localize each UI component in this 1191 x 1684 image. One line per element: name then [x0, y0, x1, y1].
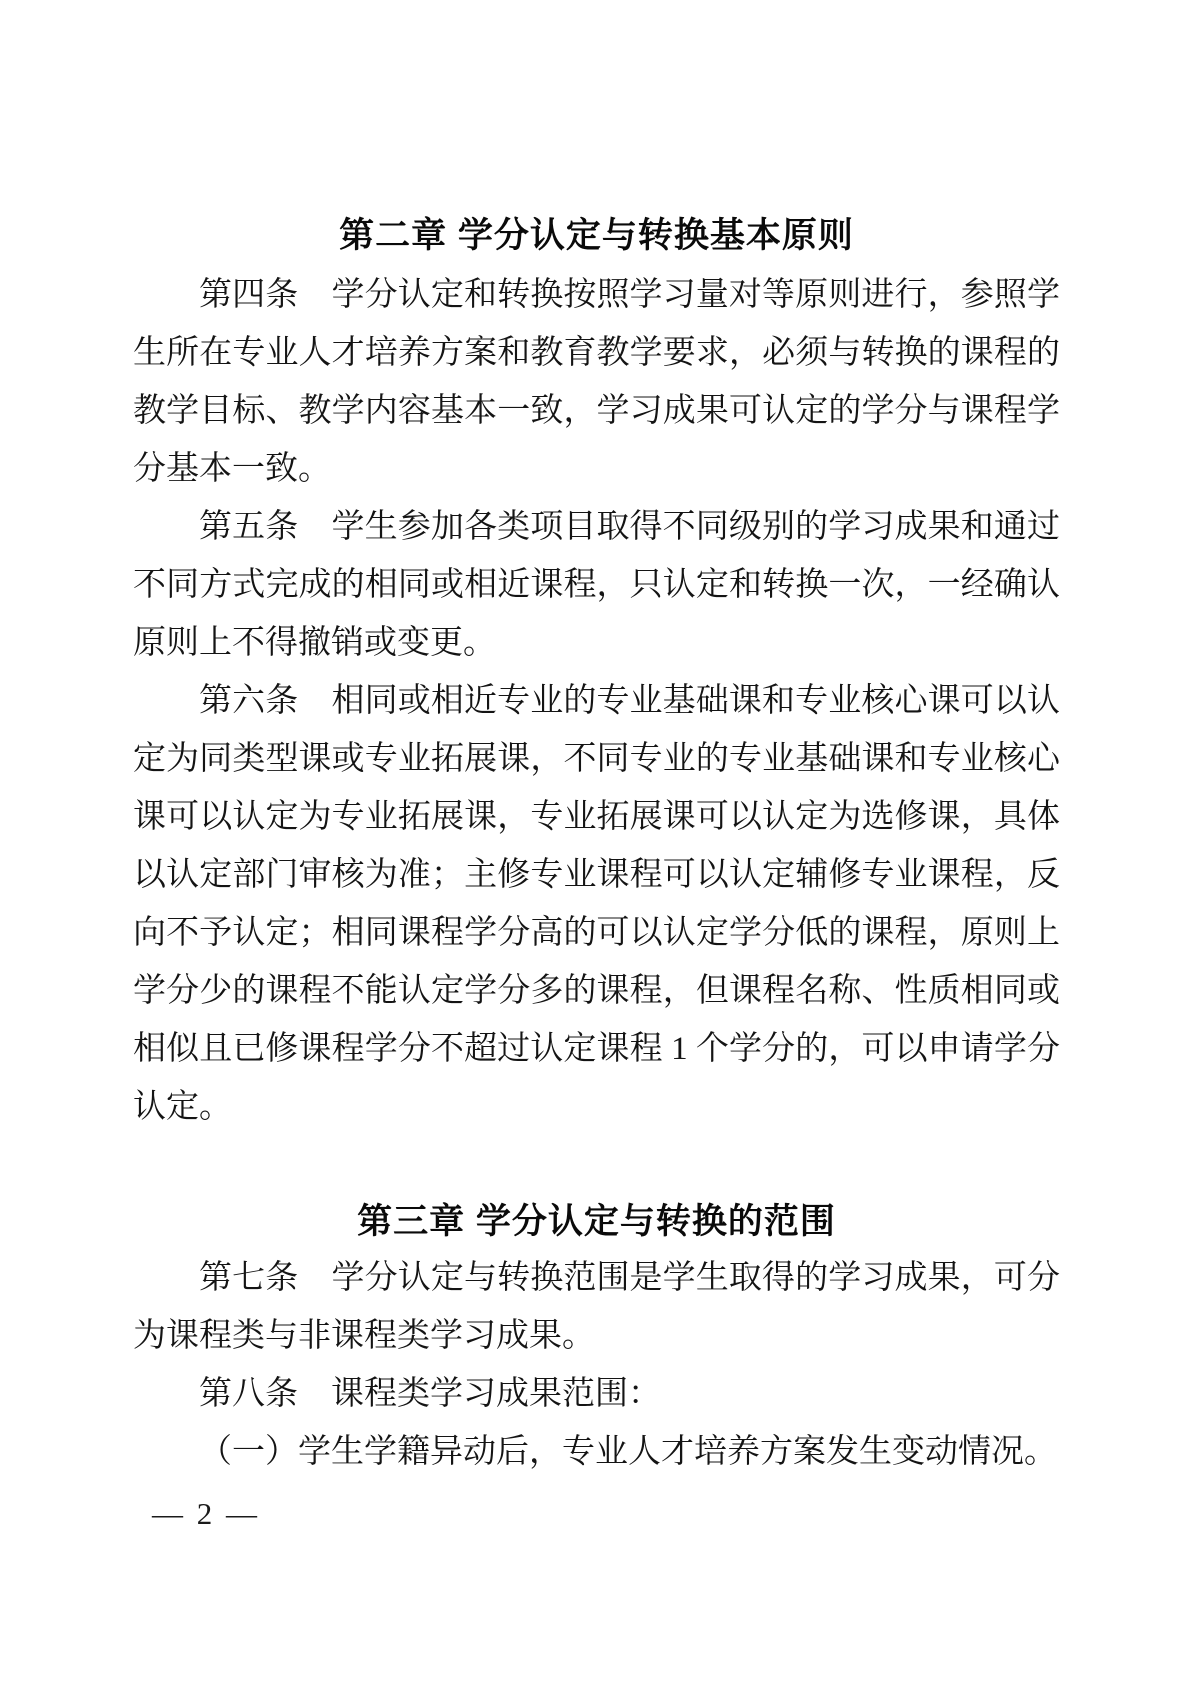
article-7-paragraph: 第七条 学分认定与转换范围是学生取得的学习成果，可分为课程类与非课程类学习成果。	[133, 1249, 1060, 1365]
article-8-paragraph: 第八条 课程类学习成果范围：	[133, 1365, 1060, 1423]
document-page: 第二章 学分认定与转换基本原则 第四条 学分认定和转换按照学习量对等原则进行，参…	[0, 0, 1191, 1684]
chapter-2-heading: 第二章 学分认定与转换基本原则	[133, 214, 1060, 258]
article-5-paragraph: 第五条 学生参加各类项目取得不同级别的学习成果和通过不同方式完成的相同或相近课程…	[133, 498, 1060, 672]
clause-1-paragraph: （一）学生学籍异动后，专业人才培养方案发生变动情况。	[133, 1423, 1060, 1481]
article-6-paragraph: 第六条 相同或相近专业的专业基础课和专业核心课可以认定为同类型课或专业拓展课，不…	[133, 672, 1060, 1136]
chapter-3-heading: 第三章 学分认定与转换的范围	[133, 1200, 1060, 1244]
page-number: — 2 —	[152, 1496, 260, 1532]
article-4-paragraph: 第四条 学分认定和转换按照学习量对等原则进行，参照学生所在专业人才培养方案和教育…	[133, 266, 1060, 498]
